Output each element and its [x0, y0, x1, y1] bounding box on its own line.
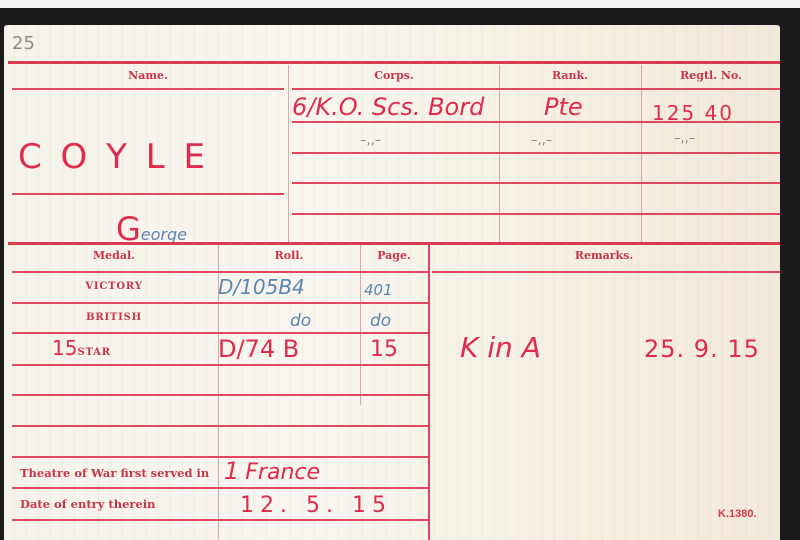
- info-row-rule-3: [292, 182, 780, 184]
- corner-annotation: 25: [12, 33, 35, 54]
- remarks-date: 25. 9. 15: [644, 335, 760, 363]
- page-victory: 401: [364, 281, 393, 299]
- middle-rule: [8, 242, 780, 245]
- roll-british: do: [290, 311, 311, 331]
- rank-ditto: –,,–: [531, 133, 552, 148]
- surname-value: C O Y L E: [18, 137, 209, 177]
- rank-column-header: Rank.: [499, 69, 641, 82]
- star-label: Star: [77, 347, 110, 358]
- divider-corps-rank: [499, 65, 500, 243]
- entry-date-value: 12. 5. 15: [240, 493, 392, 518]
- theatre-word: France: [245, 460, 320, 485]
- medal-row-rule-1: [12, 302, 428, 304]
- divider-rank-regtl: [641, 65, 642, 243]
- name-rule-2: [12, 193, 284, 195]
- name-column-header: Name.: [8, 69, 288, 82]
- scan-top-edge: [0, 0, 800, 8]
- corps-column-header: Corps.: [289, 69, 499, 82]
- medal-name-british: British: [12, 312, 216, 323]
- rank-value: Pte: [544, 93, 583, 121]
- regtl-ditto: –,,–: [674, 131, 695, 146]
- info-row-rule-2: [292, 152, 780, 154]
- regtl-no-value: 125 40: [652, 101, 734, 125]
- medal-row-rule-3: [12, 364, 428, 366]
- star-prefix: 15: [52, 336, 77, 360]
- medal-row-rule-2: [12, 332, 428, 334]
- medal-row-rule-5: [12, 425, 428, 427]
- medal-name-15-star: 15Star: [52, 336, 111, 360]
- theatre-value: 1France: [224, 457, 320, 485]
- medal-header-rule: [12, 271, 428, 273]
- medal-column-header: Medal.: [12, 249, 216, 262]
- theatre-prefix: 1: [224, 457, 239, 485]
- divider-roll-page: [360, 245, 361, 405]
- medal-row-rule-4: [12, 394, 428, 396]
- remarks-column-header: Remarks.: [428, 249, 780, 262]
- medal-row-rule-7: [12, 487, 428, 489]
- name-header-rule: [12, 88, 284, 90]
- medal-index-card: 25 Name. Corps. Rank. Regtl. No. C O Y L…: [4, 25, 780, 540]
- divider-page-remarks: [428, 245, 430, 540]
- remarks-header-rule: [432, 271, 780, 273]
- top-rule: [8, 61, 780, 64]
- page-column-header: Page.: [360, 249, 428, 262]
- roll-15-star: D/74 B: [218, 335, 299, 363]
- regtl-no-column-header: Regtl. No.: [641, 69, 781, 82]
- roll-victory: D/105B4: [218, 275, 305, 299]
- info-header-rule: [292, 88, 780, 90]
- page-british: do: [370, 311, 391, 331]
- divider-name-corps: [288, 65, 289, 243]
- theatre-label: Theatre of War first served in: [20, 466, 209, 480]
- remarks-text: K in A: [460, 331, 541, 364]
- medal-name-victory: Victory: [12, 281, 216, 292]
- entry-date-label: Date of entry therein: [20, 497, 156, 511]
- corps-ditto: –,,–: [360, 133, 381, 148]
- corps-value: 6/K.O. Scs. Bord: [292, 93, 484, 121]
- info-row-rule-4: [292, 213, 780, 215]
- medal-row-rule-8: [12, 519, 428, 521]
- roll-column-header: Roll.: [218, 249, 360, 262]
- page-15-star: 15: [370, 337, 398, 362]
- medal-row-rule-6: [12, 456, 428, 458]
- form-number: K.1380.: [718, 508, 757, 520]
